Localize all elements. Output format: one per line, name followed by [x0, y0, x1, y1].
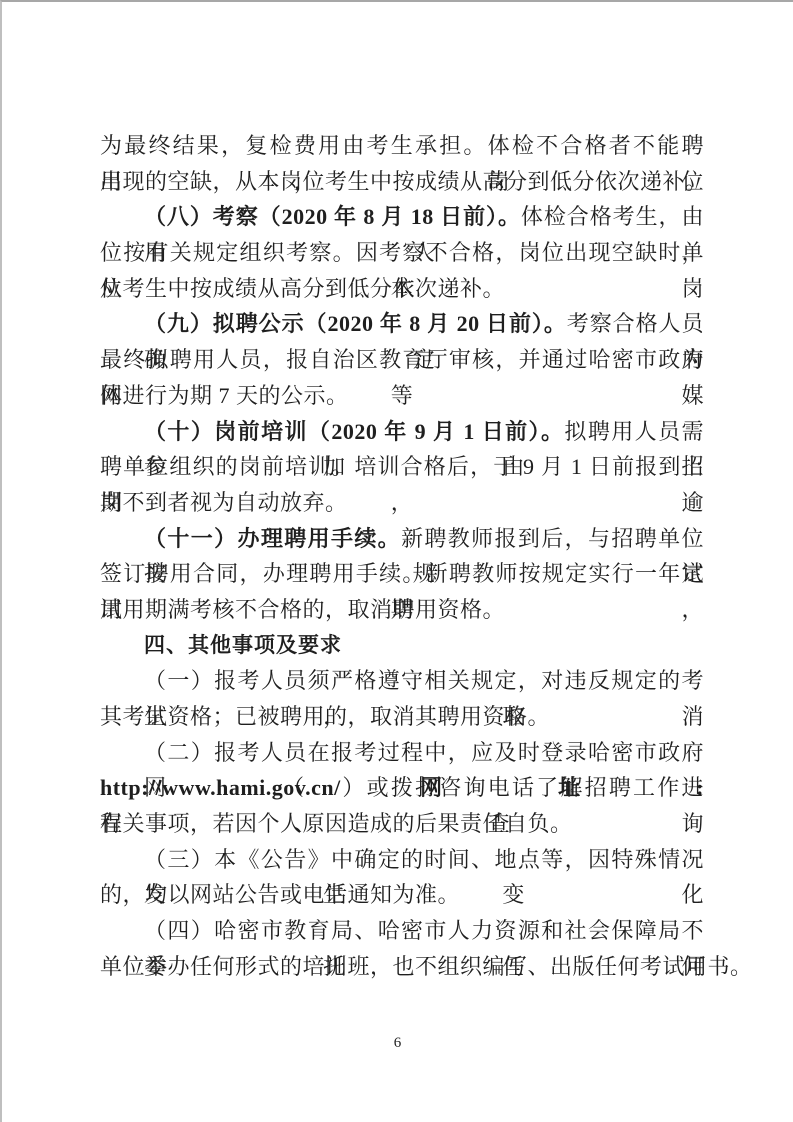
- text-segment: 试用期满考核不合格的，取消聘用资格。: [100, 597, 505, 622]
- text-line: （四）哈密市教育局、哈密市人力资源和社会保障局不委托任何: [100, 913, 704, 949]
- document-page: 为最终结果，复检费用由考生承担。体检不合格者不能聘用，岗位出现的空缺，从本岗位考…: [0, 0, 793, 1122]
- text-line: （十一）办理聘用手续。新聘教师报到后，与招聘单位按规定: [100, 521, 704, 557]
- text-line: 聘单位组织的岗前培训。培训合格后，于 9 月 1 日前报到上岗，逾: [100, 449, 704, 485]
- text-line: 签订聘用合同，办理聘用手续。新聘教师按规定实行一年试用期，: [100, 556, 704, 592]
- text-segment: （十）岗前培训（2020 年 9 月 1 日前）。: [144, 419, 564, 444]
- text-line: （八）考察（2020 年 8 月 18 日前）。体检合格考生，由用人单: [100, 199, 704, 235]
- text-line: 出现的空缺，从本岗位考生中按成绩从高分到低分依次递补。: [100, 164, 704, 200]
- text-segment: 的，均以网站公告或电话通知为准。: [100, 882, 460, 907]
- text-segment: （九）拟聘公示（2020 年 8 月 20 日前）。: [144, 311, 567, 336]
- text-line: 位按有关规定组织考察。因考察不合格，岗位出现空缺时，从本岗: [100, 235, 704, 271]
- text-segment: 位考生中按成绩从高分到低分依次递补。: [100, 276, 505, 301]
- text-line: （九）拟聘公示（2020 年 8 月 20 日前）。考察合格人员确定为: [100, 306, 704, 342]
- page-number: 6: [2, 1035, 793, 1052]
- text-segment: http://www.hami.gov.cn/: [100, 775, 341, 800]
- section-heading: 四、其他事项及要求: [100, 628, 704, 664]
- text-line: （十）岗前培训（2020 年 9 月 1 日前）。拟聘用人员需参加由招: [100, 414, 704, 450]
- text-line: （二）报考人员在报考过程中，应及时登录哈密市政府网（网址:: [100, 735, 704, 771]
- text-line: 最终拟聘用人员，报自治区教育厅审核，并通过哈密市政府网等媒: [100, 342, 704, 378]
- text-segment: 单位举办任何形式的培训班，也不组织编写、出版任何考试用书。: [100, 954, 753, 979]
- text-line: （三）本《公告》中确定的时间、地点等，因特殊情况发生变化: [100, 842, 704, 878]
- document-text-block: 为最终结果，复检费用由考生承担。体检不合格者不能聘用，岗位出现的空缺，从本岗位考…: [100, 128, 704, 985]
- text-line: http://www.hami.gov.cn/）或拨打咨询电话了解招聘工作进程、…: [100, 770, 704, 806]
- text-segment: 出现的空缺，从本岗位考生中按成绩从高分到低分依次递补。: [100, 169, 708, 194]
- text-segment: 体进行为期 7 天的公示。: [100, 383, 349, 408]
- text-segment: （八）考察（2020 年 8 月 18 日前）。: [144, 204, 521, 229]
- text-line: （一）报考人员须严格遵守相关规定，对违反规定的考生，取消: [100, 663, 704, 699]
- text-segment: 有关事项，若因个人原因造成的后果责任自负。: [100, 811, 573, 836]
- text-segment: 四、其他事项及要求: [144, 633, 342, 657]
- text-line: 单位举办任何形式的培训班，也不组织编写、出版任何考试用书。: [100, 949, 704, 985]
- text-segment: （十一）办理聘用手续。: [144, 526, 401, 551]
- text-segment: 其考试资格；已被聘用的，取消其聘用资格。: [100, 704, 550, 729]
- text-line: 为最终结果，复检费用由考生承担。体检不合格者不能聘用，岗位: [100, 128, 704, 164]
- text-segment: 期不到者视为自动放弃。: [100, 490, 348, 515]
